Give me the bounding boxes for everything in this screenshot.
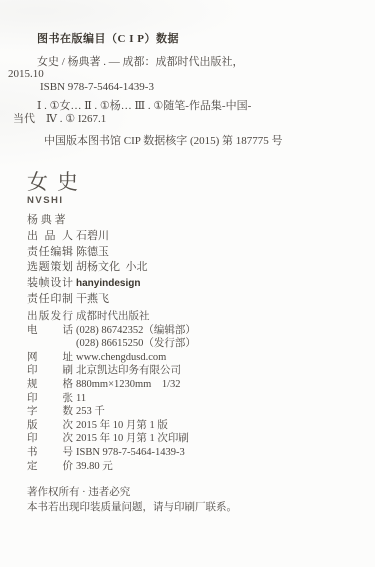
book-copyright-page: { "cip": { "header": "图书在版编目（C I P）数据", …: [0, 0, 375, 567]
pub-value: 2015 年 10 月第 1 次印刷: [76, 432, 189, 446]
pub-row-format: 规格 880mm×1230mm 1/32: [27, 378, 196, 392]
pub-value: 39.80 元: [76, 460, 113, 474]
cip-classification-line2: 当代 Ⅳ . ① I267.1: [13, 113, 357, 126]
pub-label: 印张: [27, 392, 73, 406]
pub-row-phone-1: 电话 (028) 86742352（编辑部）: [27, 324, 196, 338]
pub-label: [27, 337, 73, 351]
credit-row-print-supervisor: 责任印制 干燕飞: [27, 292, 148, 308]
pub-label: 书号: [27, 446, 73, 460]
pub-label: 出版发行: [27, 310, 73, 324]
credit-label: 装帧设计: [27, 276, 73, 292]
cip-data-block: 图书在版编目（C I P）数据 女史 / 杨典著 . — 成都：成都时代出版社，…: [37, 33, 357, 148]
pub-row-sheets: 印张 11: [27, 392, 196, 406]
pub-row-impression: 印次 2015 年 10 月第 1 次印刷: [27, 432, 196, 446]
pub-label: 版次: [27, 419, 73, 433]
pub-label: 规格: [27, 378, 73, 392]
pub-label: 字数: [27, 405, 73, 419]
credit-value: 干燕飞: [76, 292, 109, 308]
book-title: 女史: [27, 171, 87, 193]
pub-value: (028) 86615250（发行部）: [76, 337, 196, 351]
pub-value: (028) 86742352（编辑部）: [76, 324, 196, 338]
copyright-notice-block: 著作权所有 · 违者必究 本书若出现印装质量问题，请与印刷厂联系。: [27, 486, 237, 515]
credit-label: 责任编辑: [27, 245, 73, 261]
pub-row-website: 网址 www.chengdusd.com: [27, 351, 196, 365]
pub-label: 网址: [27, 351, 73, 365]
credit-label: 选题策划: [27, 260, 73, 276]
credit-row-planning: 选题策划 胡杨文化 小北: [27, 260, 148, 276]
credit-row-editor: 责任编辑 陈德玉: [27, 245, 148, 261]
book-author: 杨 典 著: [27, 211, 87, 227]
credit-label: 责任印制: [27, 292, 73, 308]
cip-classification-line1: Ⅰ . ①女… Ⅱ . ①杨… Ⅲ . ①随笔-作品集-中国-: [37, 100, 357, 113]
copyright-notice: 著作权所有 · 违者必究: [27, 486, 237, 501]
pub-label: 电话: [27, 324, 73, 338]
pub-value: 北京凯达印务有限公司: [76, 364, 181, 378]
credit-value: 胡杨文化 小北: [76, 260, 148, 276]
credit-value: 陈德玉: [76, 245, 109, 261]
pub-value: 253 千: [76, 405, 105, 419]
cip-entry-line2: 2015.10: [8, 68, 357, 81]
pub-row-phone-2: (028) 86615250（发行部）: [27, 337, 196, 351]
cip-entry-line1: 女史 / 杨典著 . — 成都：成都时代出版社，: [37, 56, 357, 69]
title-block: 女史 NVSHI 杨 典 著: [27, 171, 87, 227]
book-title-pinyin: NVSHI: [27, 195, 87, 206]
cip-isbn-line: ISBN 978-7-5464-1439-3: [40, 81, 357, 94]
credit-label: 出品人: [27, 229, 73, 245]
publishing-info-block: 出版发行 成都时代出版社 电话 (028) 86742352（编辑部） (028…: [27, 310, 196, 473]
cip-record-number: 中国版本图书馆 CIP 数据核字 (2015) 第 187775 号: [44, 135, 357, 148]
pub-value: ISBN 978-7-5464-1439-3: [76, 446, 185, 460]
credit-value: hanyindesign: [76, 276, 140, 292]
pub-value: 880mm×1230mm 1/32: [76, 378, 181, 392]
pub-value: www.chengdusd.com: [76, 351, 166, 365]
credits-block: 出品人 石碧川 责任编辑 陈德玉 选题策划 胡杨文化 小北 装帧设计 hanyi…: [27, 229, 148, 308]
pub-row-isbn: 书号 ISBN 978-7-5464-1439-3: [27, 446, 196, 460]
pub-value: 2015 年 10 月第 1 版: [76, 419, 168, 433]
credit-value: 石碧川: [76, 229, 109, 245]
pub-label: 印刷: [27, 364, 73, 378]
credit-row-design: 装帧设计 hanyindesign: [27, 276, 148, 292]
pub-row-word-count: 字数 253 千: [27, 405, 196, 419]
pub-row-printer: 印刷 北京凯达印务有限公司: [27, 364, 196, 378]
pub-row-price: 定价 39.80 元: [27, 460, 196, 474]
pub-value: 成都时代出版社: [76, 310, 150, 324]
pub-value: 11: [76, 392, 86, 406]
pub-row-publisher: 出版发行 成都时代出版社: [27, 310, 196, 324]
pub-label: 印次: [27, 432, 73, 446]
pub-row-edition: 版次 2015 年 10 月第 1 版: [27, 419, 196, 433]
quality-notice: 本书若出现印装质量问题，请与印刷厂联系。: [27, 501, 237, 516]
credit-row-producer: 出品人 石碧川: [27, 229, 148, 245]
cip-header: 图书在版编目（C I P）数据: [37, 33, 357, 46]
pub-label: 定价: [27, 460, 73, 474]
